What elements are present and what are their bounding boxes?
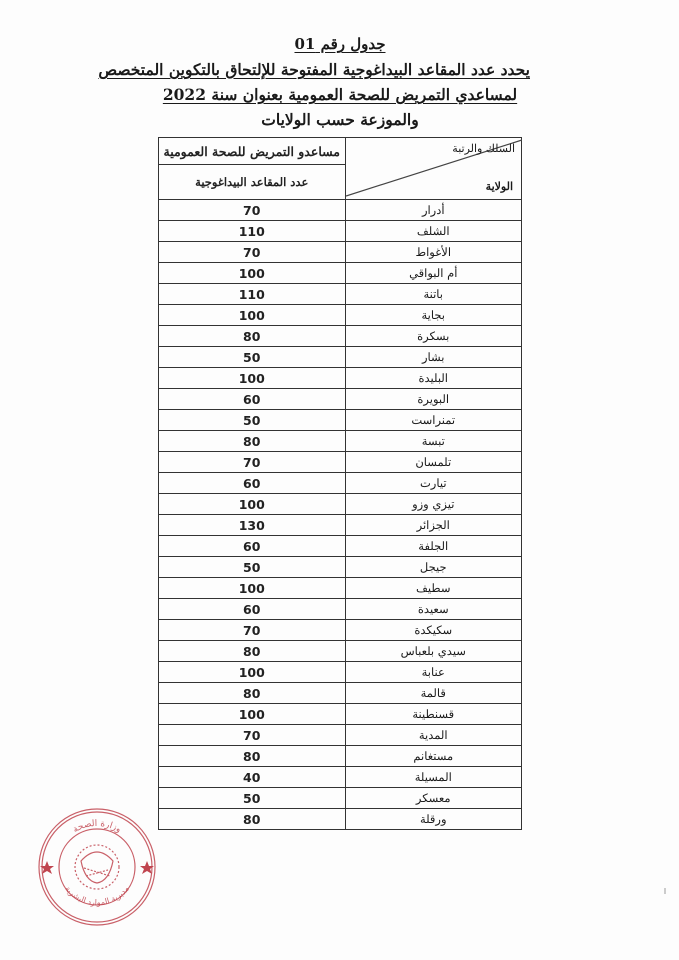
wilaya-cell: بشار — [345, 347, 522, 368]
table-number: جدول رقم 01 — [150, 32, 530, 57]
seats-cell: 50 — [159, 347, 346, 368]
table-row: باتنة110 — [159, 284, 522, 305]
wilaya-cell: معسكر — [345, 788, 522, 809]
document-title: جدول رقم 01 يحدد عدد المقاعد البيداغوجية… — [150, 32, 530, 132]
seats-cell: 110 — [159, 221, 346, 242]
table-row: البليدة100 — [159, 368, 522, 389]
wilaya-cell: بجاية — [345, 305, 522, 326]
seats-cell: 100 — [159, 662, 346, 683]
header-row: السلك والرتبة الولاية مساعدو التمريض للص… — [159, 138, 522, 165]
table-row: تمنراست50 — [159, 410, 522, 431]
wilaya-cell: المدية — [345, 725, 522, 746]
table-row: بجاية100 — [159, 305, 522, 326]
seats-cell: 60 — [159, 536, 346, 557]
wilaya-cell: جيجل — [345, 557, 522, 578]
seats-cell: 100 — [159, 368, 346, 389]
table-row: تيارت60 — [159, 473, 522, 494]
seats-cell: 60 — [159, 389, 346, 410]
seats-cell: 80 — [159, 326, 346, 347]
svg-text:وزارة الصحة: وزارة الصحة — [71, 819, 122, 835]
seats-cell: 80 — [159, 431, 346, 452]
title-line-2: لمساعدي التمريض للصحة العمومية بعنوان سن… — [150, 82, 530, 107]
seats-cell: 70 — [159, 200, 346, 221]
table-row: جيجل50 — [159, 557, 522, 578]
svg-text:مديرية الموارد البشرية: مديرية الموارد البشرية — [63, 884, 131, 907]
wilaya-cell: تبسة — [345, 431, 522, 452]
wilaya-cell: سعيدة — [345, 599, 522, 620]
seats-cell: 70 — [159, 725, 346, 746]
seats-cell: 100 — [159, 263, 346, 284]
wilaya-cell: مستغانم — [345, 746, 522, 767]
seats-cell: 50 — [159, 410, 346, 431]
seats-cell: 40 — [159, 767, 346, 788]
table-row: الشلف110 — [159, 221, 522, 242]
wilaya-cell: الشلف — [345, 221, 522, 242]
wilaya-cell: سطيف — [345, 578, 522, 599]
seats-cell: 60 — [159, 473, 346, 494]
table-row: المدية70 — [159, 725, 522, 746]
table-row: معسكر50 — [159, 788, 522, 809]
wilaya-cell: البليدة — [345, 368, 522, 389]
table-row: سطيف100 — [159, 578, 522, 599]
seats-cell: 100 — [159, 494, 346, 515]
corner-header-cell: السلك والرتبة الولاية — [345, 138, 522, 200]
table-row: المسيلة40 — [159, 767, 522, 788]
seats-cell: 100 — [159, 704, 346, 725]
official-stamp: وزارة الصحة مديرية الموارد البشرية — [36, 806, 158, 928]
wilaya-cell: الجزائر — [345, 515, 522, 536]
wilaya-cell: باتنة — [345, 284, 522, 305]
table-row: بشار50 — [159, 347, 522, 368]
seats-cell: 80 — [159, 683, 346, 704]
wilaya-cell: قالمة — [345, 683, 522, 704]
seats-cell: 50 — [159, 557, 346, 578]
title-line-3: والموزعة حسب الولايات — [150, 107, 530, 132]
wilaya-cell: تلمسان — [345, 452, 522, 473]
seats-cell: 50 — [159, 788, 346, 809]
title-line-1: يحدد عدد المقاعد البيداغوجية المفتوحة لل… — [150, 57, 530, 82]
wilaya-cell: قسنطينة — [345, 704, 522, 725]
wilaya-cell: عنابة — [345, 662, 522, 683]
table-row: قالمة80 — [159, 683, 522, 704]
seats-cell: 100 — [159, 578, 346, 599]
seats-cell: 70 — [159, 242, 346, 263]
seats-cell: 100 — [159, 305, 346, 326]
wilaya-cell: الجلفة — [345, 536, 522, 557]
table-row: أدرار70 — [159, 200, 522, 221]
wilaya-cell: البويرة — [345, 389, 522, 410]
seats-cell: 130 — [159, 515, 346, 536]
table-row: تلمسان70 — [159, 452, 522, 473]
wilaya-cell: تيارت — [345, 473, 522, 494]
seats-table: السلك والرتبة الولاية مساعدو التمريض للص… — [158, 137, 522, 830]
star-icon — [40, 861, 154, 874]
table-row: سكيكدة70 — [159, 620, 522, 641]
column-subheader: عدد المقاعد البيداغوجية — [159, 165, 346, 200]
table-row: سيدي بلعباس80 — [159, 641, 522, 662]
wilaya-cell: سيدي بلعباس — [345, 641, 522, 662]
table-row: تيزي وزو100 — [159, 494, 522, 515]
table-row: الأغواط70 — [159, 242, 522, 263]
wilaya-cell: تيزي وزو — [345, 494, 522, 515]
table-row: عنابة100 — [159, 662, 522, 683]
seats-cell: 110 — [159, 284, 346, 305]
table-row: مستغانم80 — [159, 746, 522, 767]
seats-cell: 60 — [159, 599, 346, 620]
wilaya-cell: أدرار — [345, 200, 522, 221]
corner-bottom-label: الولاية — [486, 180, 513, 193]
corner-top-label: السلك والرتبة — [452, 142, 515, 155]
seats-cell: 70 — [159, 452, 346, 473]
wilaya-cell: تمنراست — [345, 410, 522, 431]
seats-cell: 70 — [159, 620, 346, 641]
table-row: بسكرة80 — [159, 326, 522, 347]
wilaya-cell: بسكرة — [345, 326, 522, 347]
wilaya-cell: الأغواط — [345, 242, 522, 263]
table-row: تبسة80 — [159, 431, 522, 452]
seats-cell: 80 — [159, 746, 346, 767]
wilaya-cell: سكيكدة — [345, 620, 522, 641]
seats-cell: 80 — [159, 641, 346, 662]
table-row: سعيدة60 — [159, 599, 522, 620]
seats-cell: 80 — [159, 809, 346, 830]
table-row: البويرة60 — [159, 389, 522, 410]
table-row: الجلفة60 — [159, 536, 522, 557]
wilaya-cell: المسيلة — [345, 767, 522, 788]
wilaya-cell: ورقلة — [345, 809, 522, 830]
column-header: مساعدو التمريض للصحة العمومية — [159, 138, 346, 165]
table-row: قسنطينة100 — [159, 704, 522, 725]
scan-mark — [664, 888, 666, 894]
wilaya-cell: أم البواقي — [345, 263, 522, 284]
table-row: الجزائر130 — [159, 515, 522, 536]
table-row: أم البواقي100 — [159, 263, 522, 284]
table-row: ورقلة80 — [159, 809, 522, 830]
